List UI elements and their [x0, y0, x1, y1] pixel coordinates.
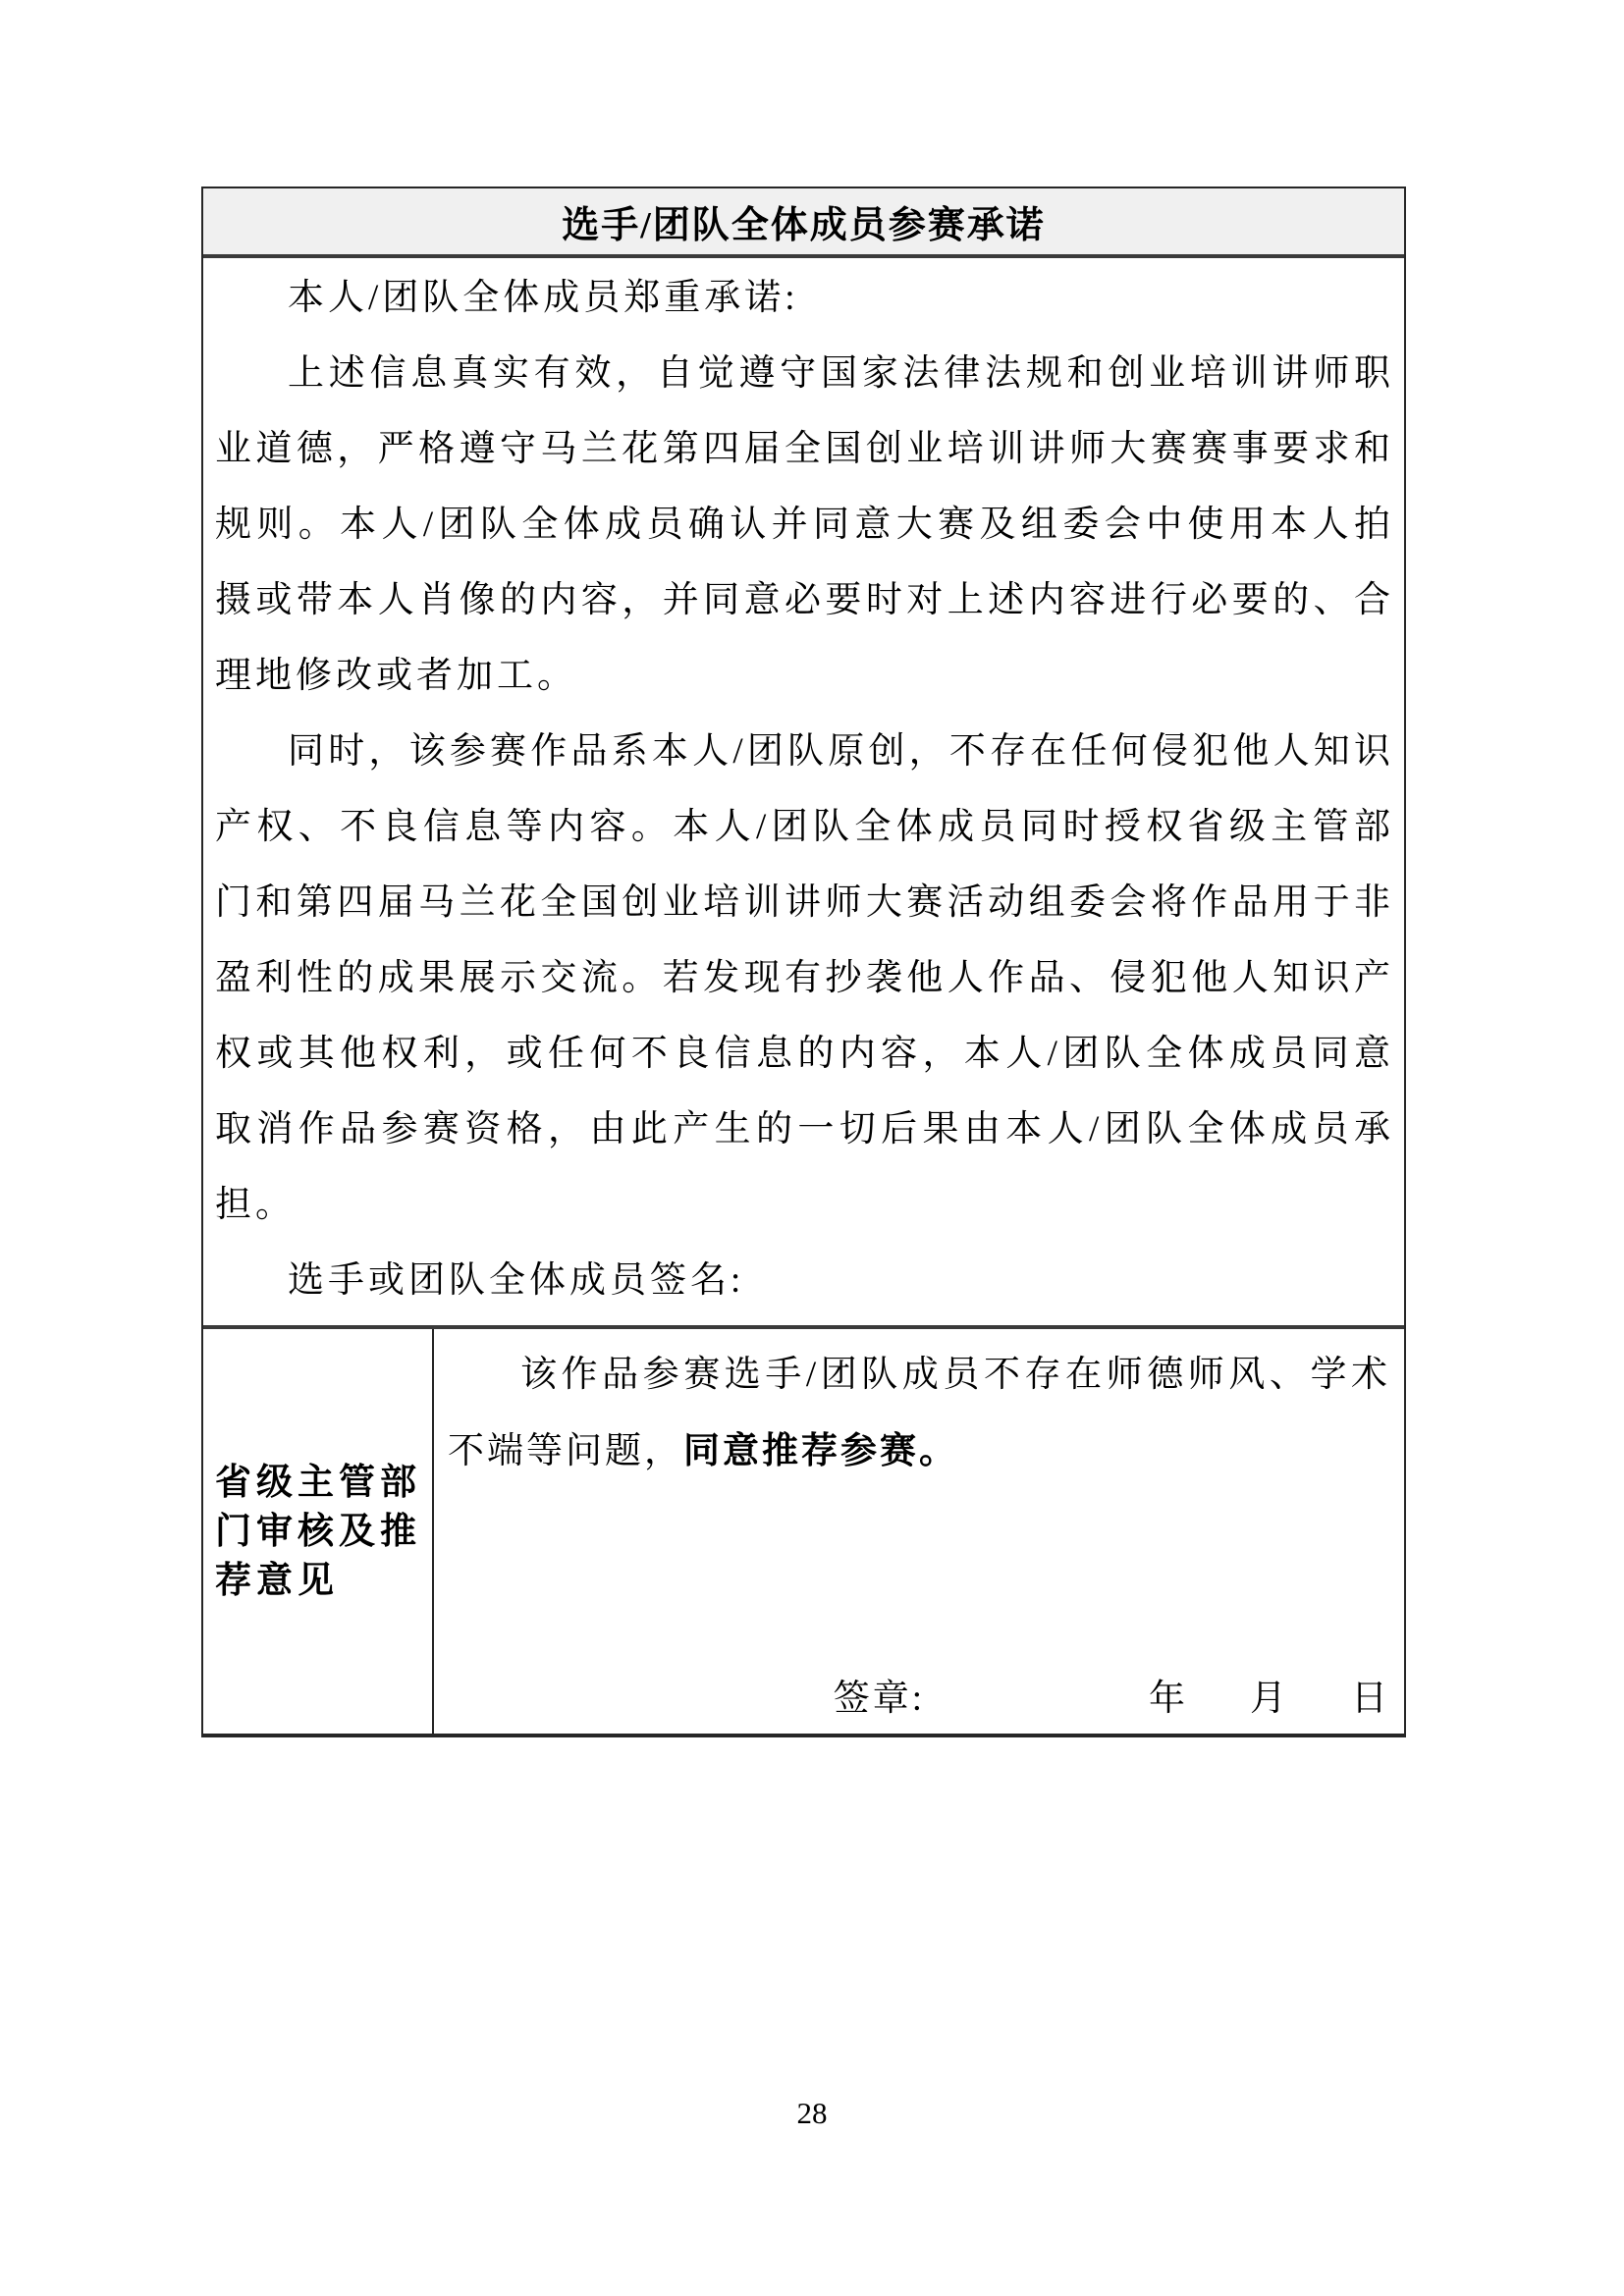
review-date-year: 年	[1149, 1679, 1188, 1719]
review-row-header-cell: 省级主管部门审核及推荐意见	[203, 1329, 434, 1734]
review-row-header-label: 省级主管部门审核及推荐意见	[215, 1458, 424, 1605]
seal-label: 签章:	[834, 1679, 925, 1719]
commitment-paragraph-2: 同时，该参赛作品系本人/团队原创，不存在任何侵犯他人知识产权、不良信息等内容。本…	[215, 714, 1394, 1243]
page-number: 28	[0, 2095, 1624, 2132]
review-opinion-paragraph: 该作品参赛选手/团队成员不存在师德师风、学术不端等问题，同意推荐参赛。	[448, 1337, 1390, 1489]
review-opinion-bold-text: 同意推荐参赛。	[683, 1430, 958, 1470]
table-title: 选手/团队全体成员参赛承诺	[562, 194, 1046, 248]
commitment-intro-paragraph: 本人/团队全体成员郑重承诺:	[215, 260, 1394, 336]
document-page: 选手/团队全体成员参赛承诺 本人/团队全体成员郑重承诺: 上述信息真实有效，自觉…	[0, 0, 1624, 2296]
commitment-date-line: 年月日	[215, 1318, 1394, 1325]
review-opinion-cell: 该作品参赛选手/团队成员不存在师德师风、学术不端等问题，同意推荐参赛。 签章:年…	[434, 1329, 1404, 1734]
review-date-month: 月	[1250, 1679, 1289, 1719]
review-date-day: 日	[1351, 1679, 1390, 1719]
commitment-body-cell: 本人/团队全体成员郑重承诺: 上述信息真实有效，自觉遵守国家法律法规和创业培训讲…	[203, 258, 1404, 1325]
commitment-table: 选手/团队全体成员参赛承诺 本人/团队全体成员郑重承诺: 上述信息真实有效，自觉…	[201, 187, 1406, 1737]
members-signature-label: 选手或团队全体成员签名:	[215, 1243, 1394, 1318]
commitment-paragraph-1: 上述信息真实有效，自觉遵守国家法律法规和创业培训讲师职业道德，严格遵守马兰花第四…	[215, 336, 1394, 714]
provincial-review-row: 省级主管部门审核及推荐意见 该作品参赛选手/团队成员不存在师德师风、学术不端等问…	[203, 1325, 1404, 1734]
table-header-row: 选手/团队全体成员参赛承诺	[203, 188, 1404, 258]
seal-date-line: 签章:年月日	[834, 1675, 1390, 1724]
